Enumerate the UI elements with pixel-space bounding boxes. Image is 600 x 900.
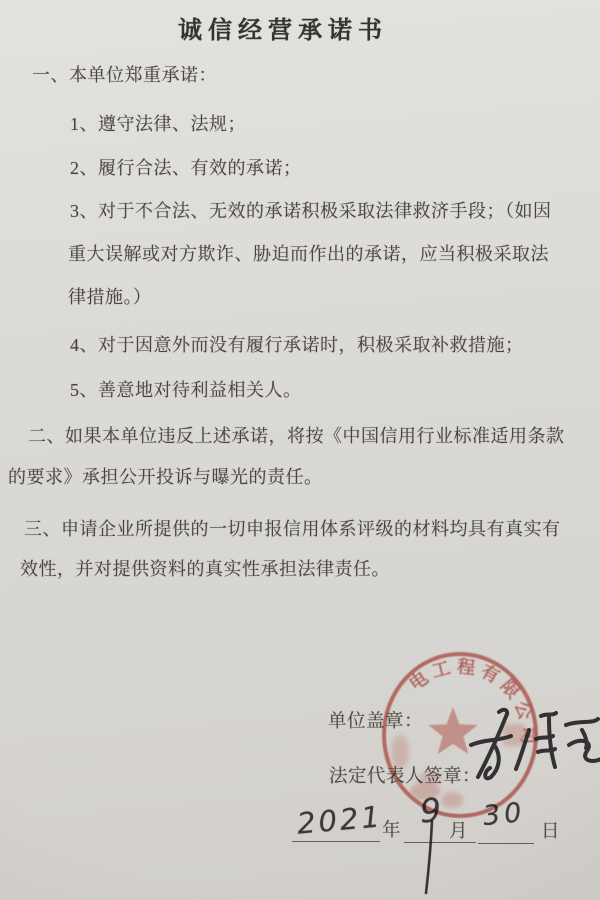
document-page: 诚信经营承诺书 一、本单位郑重承诺：1、遵守法律、法规；2、履行合法、有效的承诺… — [0, 0, 600, 900]
document-line: 4、对于因意外而没有履行承诺时，积极采取补救措施； — [70, 334, 524, 356]
document-line: 三、申请企业所提供的一切申报信用体系评级的材料均具有真实有 — [24, 518, 561, 540]
legal-rep-signature — [455, 688, 600, 793]
document-line: 效性，并对提供资料的真实性承担法律责任。 — [20, 558, 390, 580]
day-underline — [478, 843, 534, 844]
document-line: 律措施。） — [68, 286, 152, 308]
document-line: 一、本单位郑重承诺： — [32, 64, 217, 86]
document-line: 重大误解或对方欺诈、胁迫而作出的承诺，应当积极采取法 — [68, 243, 549, 265]
document-line: 二、如果本单位违反上述承诺，将按《中国信用行业标准适用条款 — [28, 425, 565, 447]
document-line: 2、履行合法、有效的承诺； — [70, 157, 302, 179]
year-underline — [292, 841, 380, 842]
document-line: 5、善意地对待利益相关人。 — [70, 379, 302, 401]
document-line: 3、对于不合法、无效的承诺积极采取法律救济手段；（如因 — [70, 200, 552, 222]
document-title: 诚信经营承诺书 — [178, 10, 388, 45]
document-line: 的要求》承担公开投诉与曝光的责任。 — [8, 466, 323, 488]
document-line: 1、遵守法律、法规； — [70, 113, 246, 135]
